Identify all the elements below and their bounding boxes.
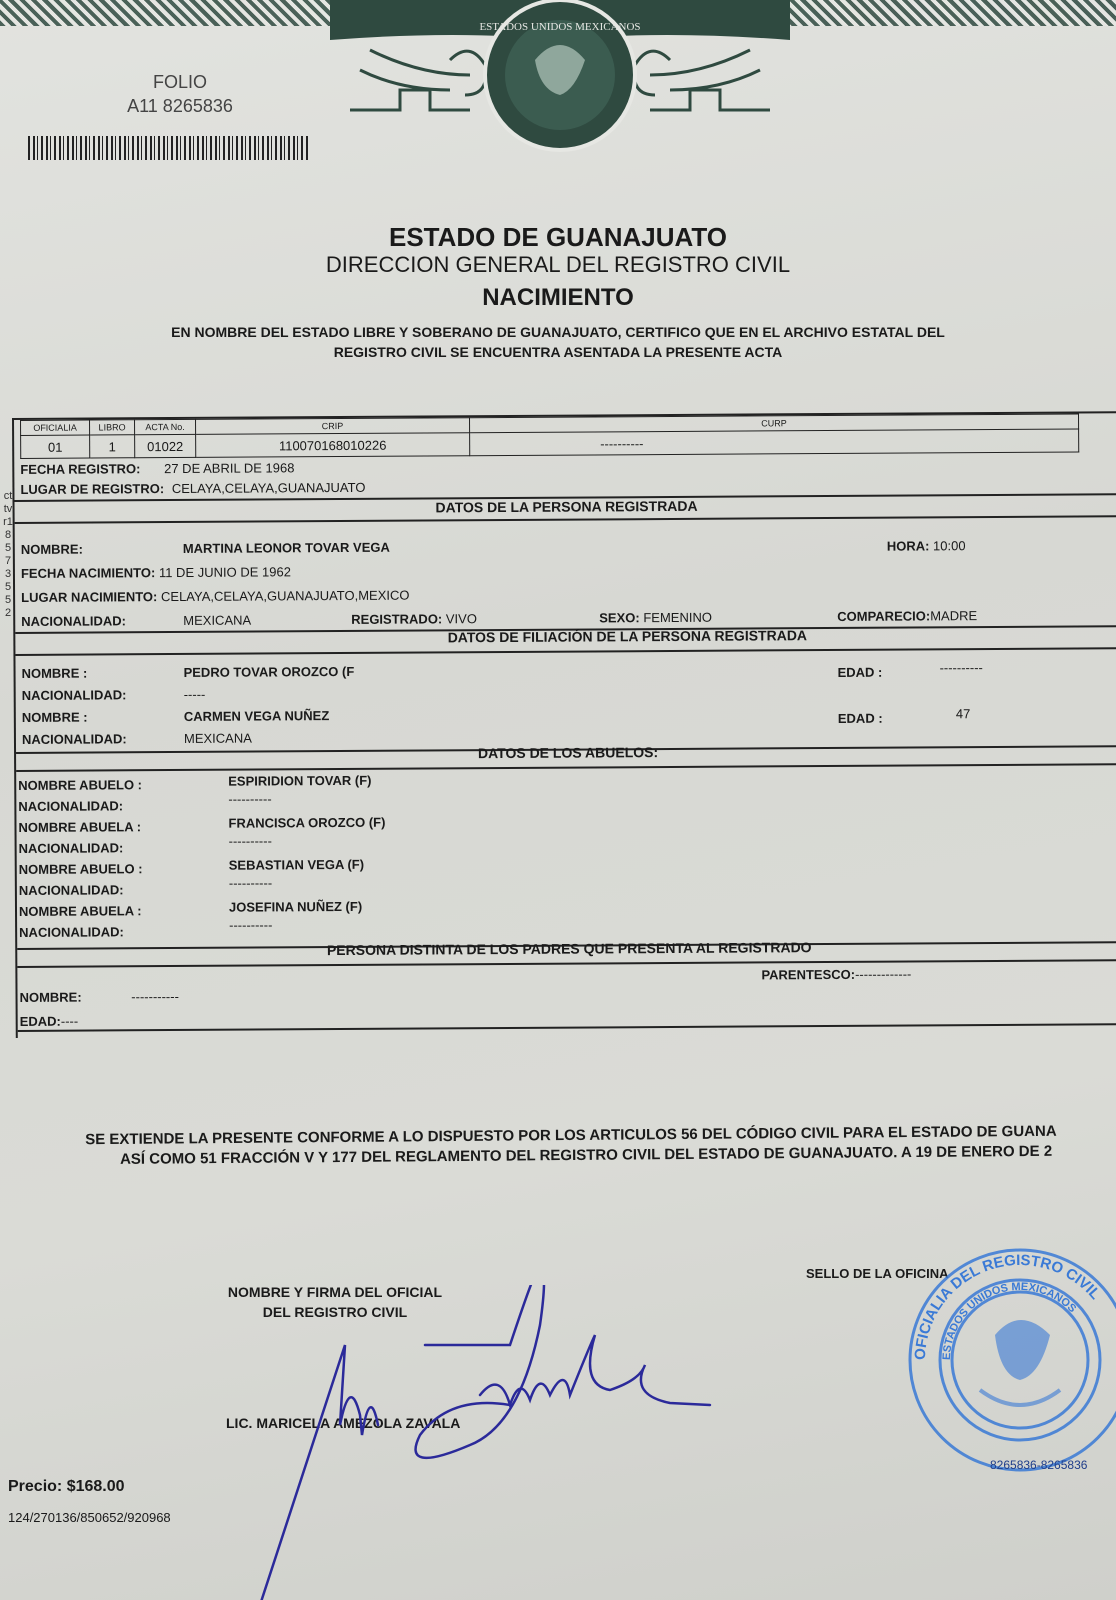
father-nationality: -----	[184, 687, 206, 702]
parentesco: -------------	[855, 967, 911, 982]
grandparent-nationality: ----------	[229, 875, 272, 890]
nacionalidad: MEXICANA	[183, 613, 251, 628]
value-crip: 110070168010226	[196, 433, 470, 458]
grandparent-name: JOSEFINA NUÑEZ (F)	[229, 899, 362, 915]
hora-row: HORA: 10:00	[887, 538, 966, 553]
folio-number: A11 8265836	[110, 94, 250, 118]
stamp-folio-range: 8265836-8265836	[990, 1458, 1087, 1472]
grandparent-nationality: ----------	[228, 791, 271, 806]
grandparent-nationality: ----------	[229, 833, 272, 848]
margin-code: cttvr18573552	[3, 490, 13, 620]
presenter-age-row: EDAD:----	[20, 1014, 79, 1029]
svg-text:ESTADOS UNIDOS MEXICANOS: ESTADOS UNIDOS MEXICANOS	[479, 21, 640, 33]
lugar-registro: CELAYA,CELAYA,GUANAJUATO	[172, 480, 366, 496]
certificate-form: OFICIALIA LIBRO ACTA No. CRIP CURP 01 1 …	[12, 411, 1116, 1038]
title-office: DIRECCION GENERAL DEL REGISTRO CIVIL	[0, 252, 1116, 278]
grandparent-row: NOMBRE ABUELO :ESPIRIDION TOVAR (F)	[18, 777, 142, 793]
birth-certificate: ESTADOS UNIDOS MEXICANOS FOLIO A11 82658…	[0, 0, 1116, 1600]
mother-name: CARMEN VEGA NUÑEZ	[184, 708, 330, 724]
national-seal-icon: ESTADOS UNIDOS MEXICANOS	[330, 0, 790, 160]
value-curp: ----------	[470, 429, 1079, 456]
grandparent-nationality-row: NACIONALIDAD:----------	[19, 840, 124, 856]
grandparent-row: NOMBRE ABUELA :FRANCISCA OROZCO (F)	[18, 819, 141, 835]
certification-text: EN NOMBRE DEL ESTADO LIBRE Y SOBERANO DE…	[150, 322, 966, 362]
office-stamp-icon: OFICIALIA DEL REGISTRO CIVIL ESTADOS UNI…	[900, 1240, 1116, 1480]
handwritten-signature-icon	[250, 1285, 730, 1600]
mother-nationality: MEXICANA	[184, 731, 252, 746]
title-type: NACIMIENTO	[0, 284, 1116, 312]
header-acta: ACTA No.	[135, 419, 196, 434]
grandparent-row: NOMBRE ABUELO :SEBASTIAN VEGA (F)	[19, 861, 143, 877]
presenter-name-row: NOMBRE: -----------	[19, 989, 178, 1005]
header-libro: LIBRO	[90, 420, 135, 435]
price: Precio: $168.00	[8, 1478, 125, 1496]
father-name: PEDRO TOVAR OROZCO (F	[184, 664, 355, 680]
lugar-nacimiento: CELAYA,CELAYA,GUANAJUATO,MEXICO	[161, 588, 410, 605]
fecha-registro: 27 DE ABRIL DE 1968	[164, 460, 294, 476]
grandparent-name: SEBASTIAN VEGA (F)	[229, 857, 364, 873]
presenter-age: ----	[61, 1014, 78, 1029]
grandparent-nationality-row: NACIONALIDAD:----------	[19, 882, 124, 898]
grandparent-nationality-row: NACIONALIDAD:----------	[18, 798, 123, 814]
grandparent-nationality: ----------	[229, 917, 272, 932]
header-oficialia: OFICIALIA	[21, 420, 90, 435]
legal-text: SE EXTIENDE LA PRESENTE CONFORME A LO DI…	[0, 1121, 1116, 1171]
header-crip: CRIP	[196, 418, 470, 435]
section-parents: DATOS DE FILIACIÓN DE LA PERSONA REGISTR…	[15, 625, 1116, 648]
value-acta: 01022	[135, 434, 196, 457]
fecha-nacimiento-row: FECHA NACIMIENTO: 11 DE JUNIO DE 1962	[21, 564, 291, 581]
registry-table: OFICIALIA LIBRO ACTA No. CRIP CURP 01 1 …	[20, 413, 1079, 458]
section-presenter: PERSONA DISTINTA DE LOS PADRES QUE PRESE…	[17, 937, 1116, 960]
title-state: ESTADO DE GUANAJUATO	[0, 222, 1116, 253]
mother-age: 47	[956, 706, 971, 721]
presenter-name: -----------	[131, 989, 179, 1004]
father-age: ----------	[939, 660, 982, 675]
mother-nationality-row: NACIONALIDAD: MEXICANA	[22, 731, 127, 747]
parentesco-row: PARENTESCO:-------------	[761, 967, 911, 983]
value-oficialia: 01	[21, 435, 90, 458]
document-code: 124/270136/850652/920968	[8, 1510, 171, 1525]
father-row: NOMBRE : PEDRO TOVAR OROZCO (F EDAD : --…	[22, 659, 1112, 681]
lugar-nacimiento-row: LUGAR NACIMIENTO: CELAYA,CELAYA,GUANAJUA…	[21, 588, 409, 605]
section-grandparents: DATOS DE LOS ABUELOS:	[16, 741, 1116, 764]
grandparent-name: FRANCISCA OROZCO (F)	[228, 815, 385, 831]
registrado: VIVO	[446, 611, 477, 626]
registered-name: MARTINA LEONOR TOVAR VEGA	[183, 540, 390, 556]
grandparent-name: ESPIRIDION TOVAR (F)	[228, 773, 371, 789]
nombre-row: NOMBRE: MARTINA LEONOR TOVAR VEGA	[21, 542, 83, 557]
grandparent-nationality-row: NACIONALIDAD:----------	[19, 924, 124, 940]
fecha-registro-row: FECHA REGISTRO: 27 DE ABRIL DE 1968	[20, 460, 294, 477]
folio-label: FOLIO	[110, 70, 250, 94]
sexo: FEMENINO	[643, 610, 712, 625]
lugar-registro-row: LUGAR DE REGISTRO: CELAYA,CELAYA,GUANAJU…	[20, 480, 365, 497]
grandparent-row: NOMBRE ABUELA :JOSEFINA NUÑEZ (F)	[19, 903, 142, 919]
father-nationality-row: NACIONALIDAD: -----	[22, 687, 127, 703]
comparecio: MADRE	[930, 608, 977, 623]
hora: 10:00	[933, 538, 966, 553]
barcode	[28, 136, 308, 160]
value-libro: 1	[90, 435, 135, 458]
mother-row: NOMBRE : CARMEN VEGA NUÑEZ EDAD : 47	[22, 703, 1112, 725]
folio: FOLIO A11 8265836	[110, 70, 250, 118]
fecha-nacimiento: 11 DE JUNIO DE 1962	[159, 564, 291, 580]
